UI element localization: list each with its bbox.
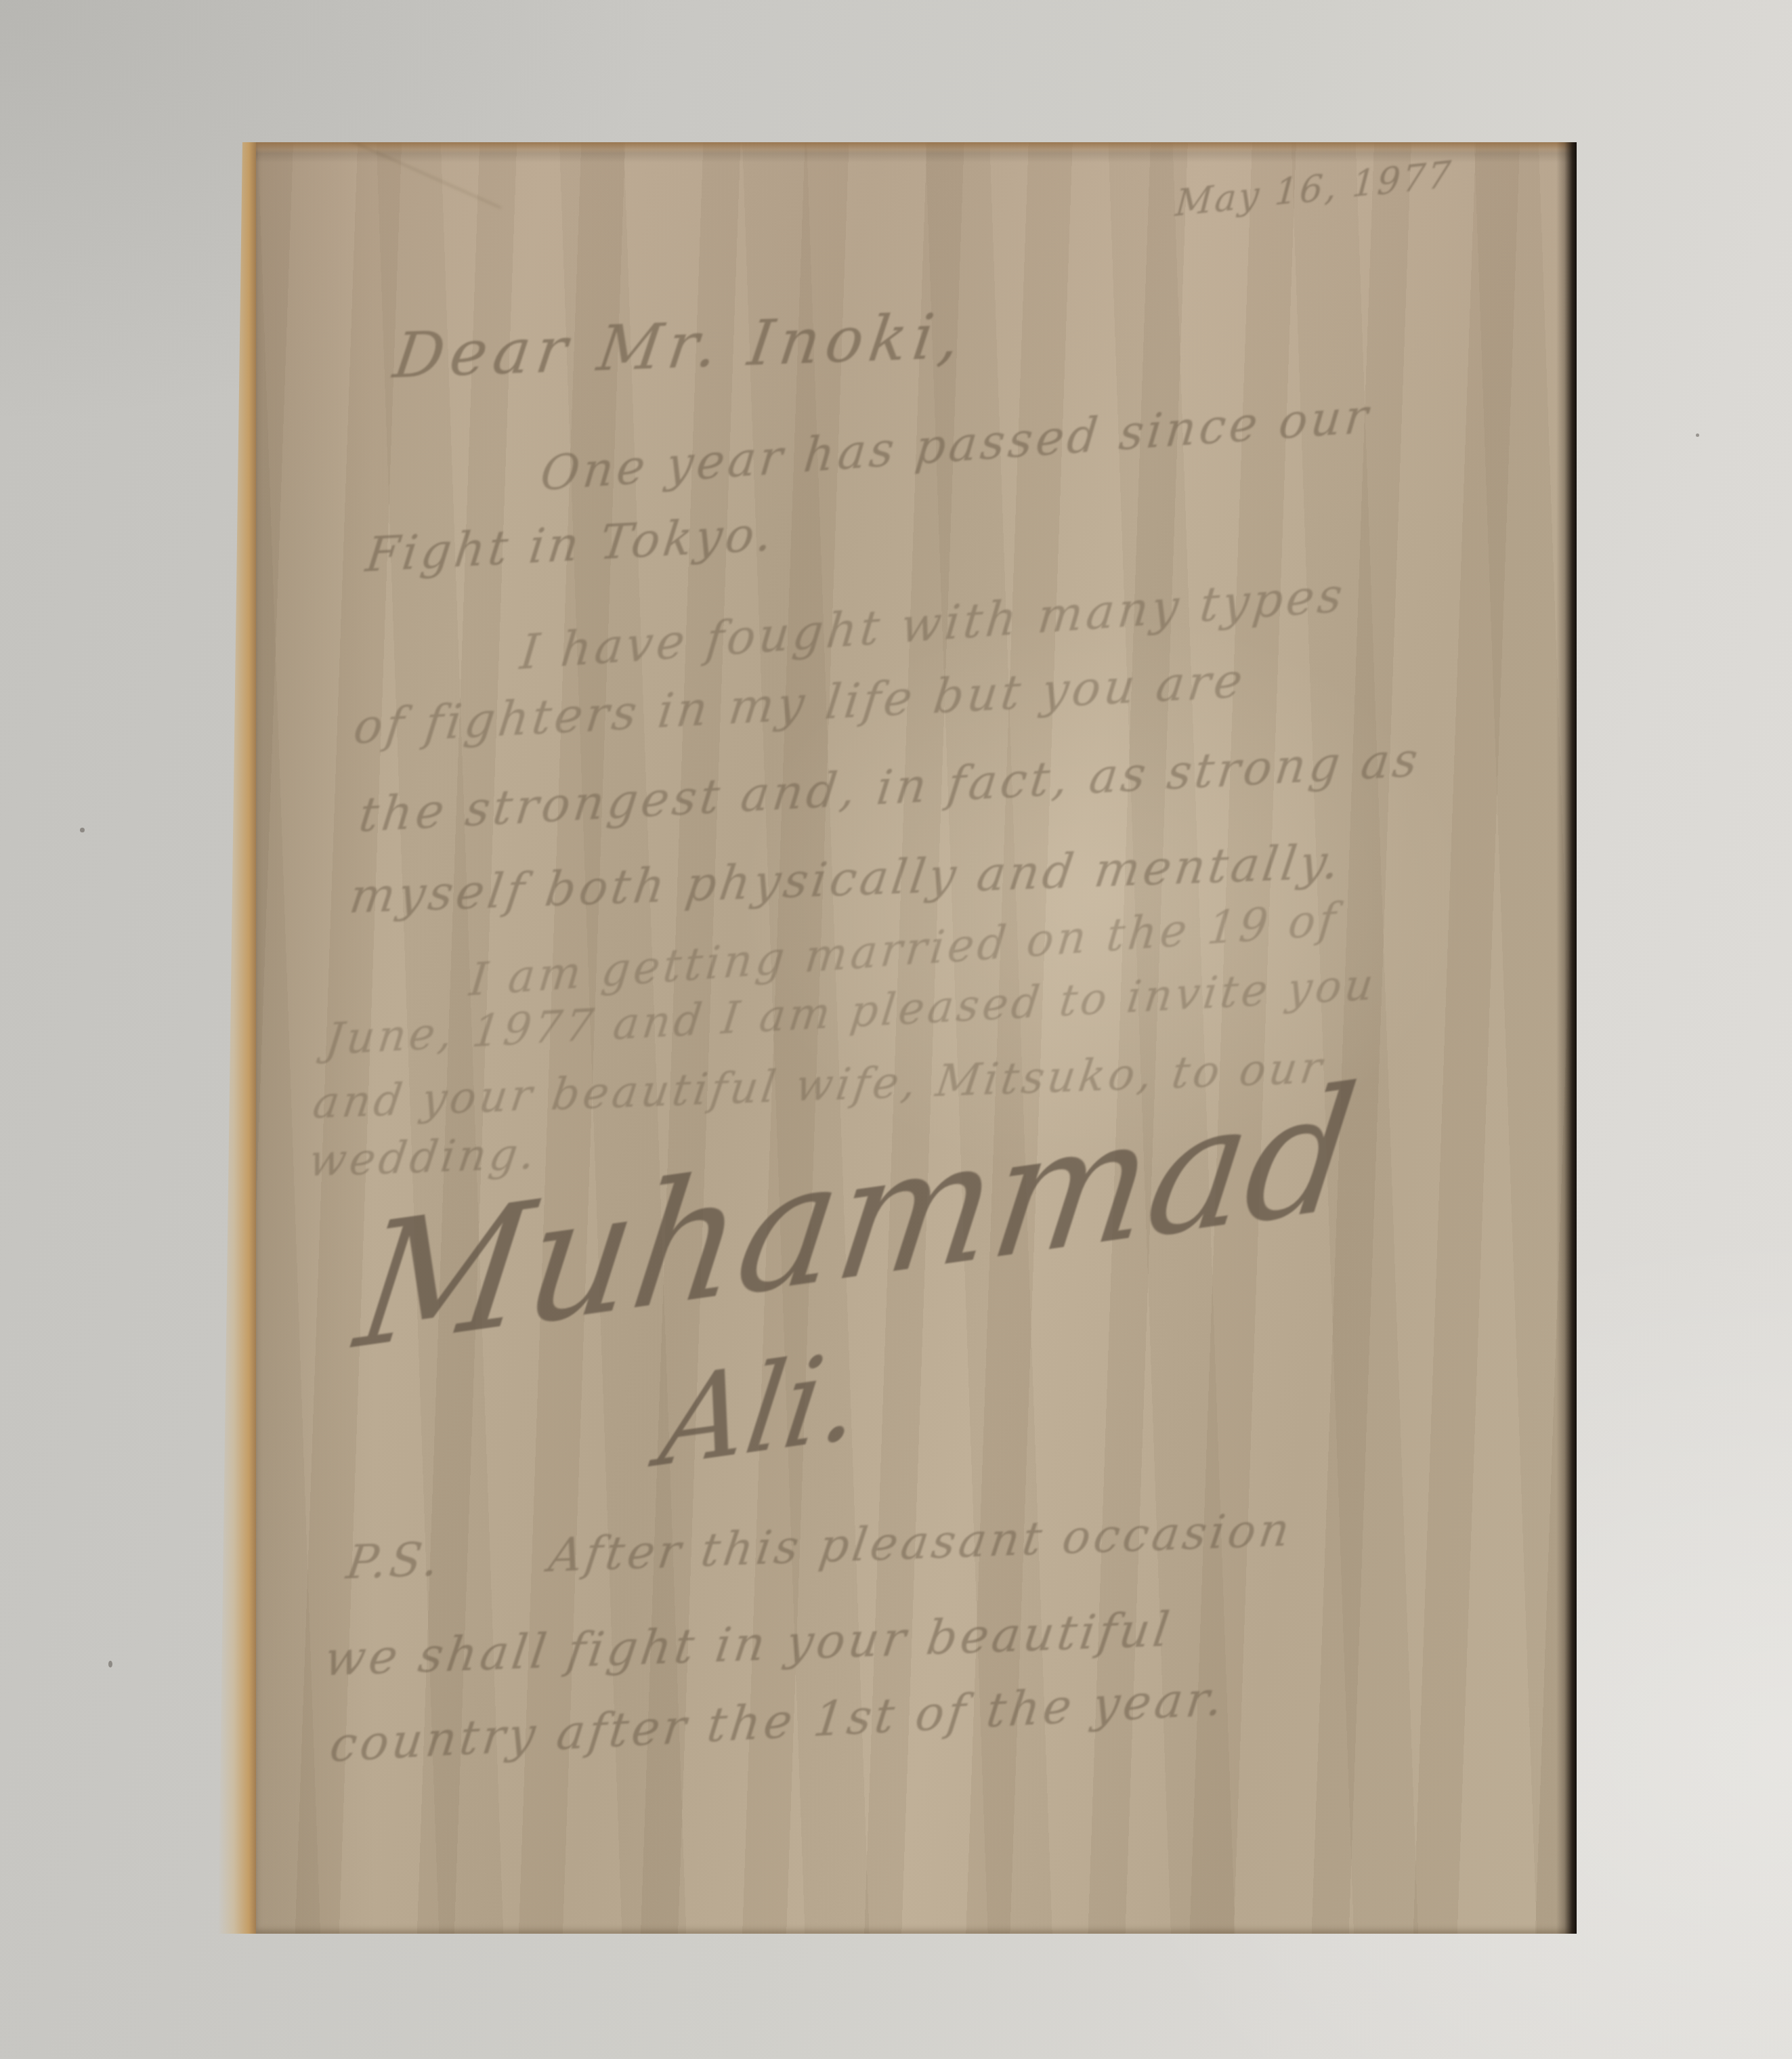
photo-of-framed-letter: { "letter": { "date": "May 16, 1977", "s… [0, 0, 1792, 2059]
letter-body-line: the strongest and, in fact, as strong as [356, 731, 1424, 843]
mat-speck [1696, 433, 1699, 437]
letter-salutation: Dear Mr. Inoki, [389, 300, 970, 393]
letter-body-line: One year has passed since our [538, 387, 1373, 501]
postscript-line: we shall fight in your beautiful [321, 1601, 1176, 1686]
mat-speck [80, 828, 85, 832]
postscript-line: P.S. After this pleasant occasion [343, 1503, 1296, 1590]
letter-paper: May 16, 1977 Dear Mr. Inoki, One year ha… [256, 142, 1577, 1934]
signature-last-name: Ali. [653, 1325, 870, 1495]
paper-crease [256, 142, 501, 209]
letter-body-line: Fight in Tokyo. [363, 505, 779, 582]
letter-date: May 16, 1977 [1174, 152, 1455, 225]
postscript-line: country after the 1st of the year. [327, 1670, 1229, 1773]
letter-body-line: of fighters in my life but you are [351, 652, 1249, 755]
mat-speck [108, 1661, 112, 1668]
